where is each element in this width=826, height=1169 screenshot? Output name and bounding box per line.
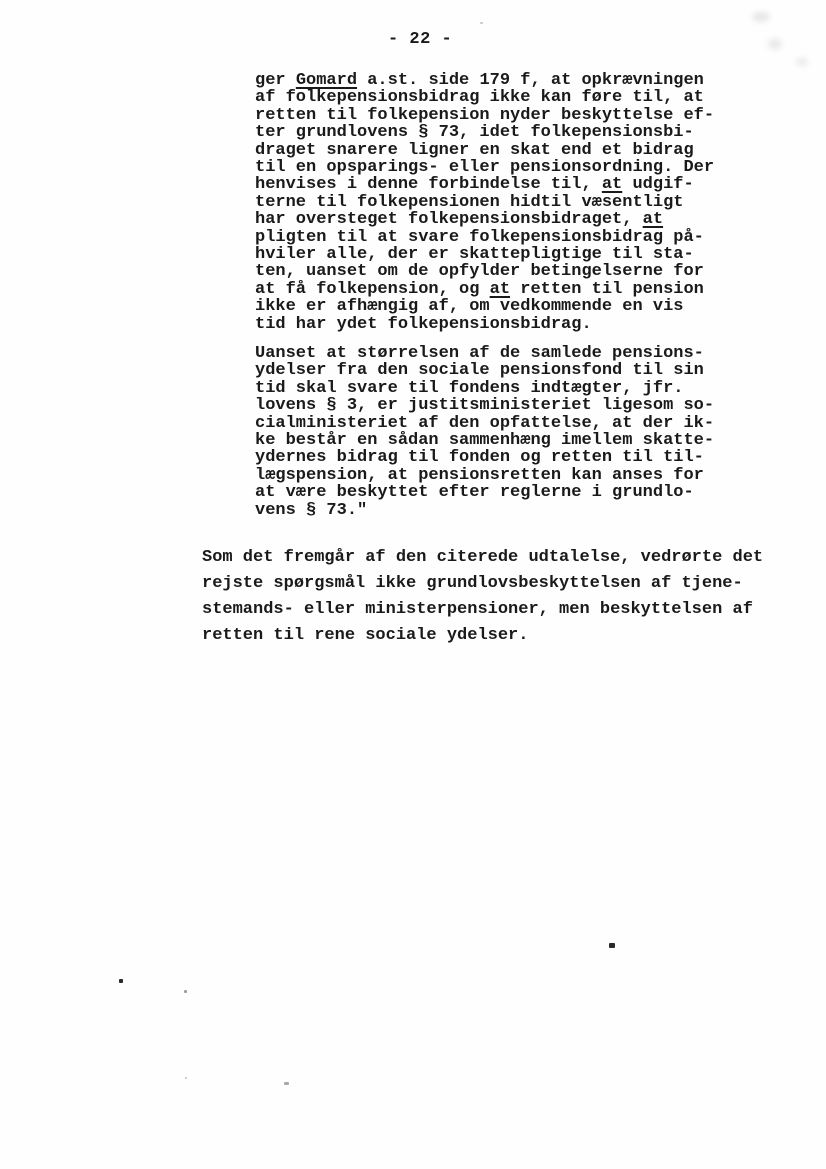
text-line: ikke er afhængig af, om vedkommende en v…	[255, 298, 714, 315]
quote-block-2: Uanset at størrelsen af de samlede pensi…	[255, 345, 714, 519]
scan-speck	[284, 1082, 289, 1085]
text-line: hviler alle, der er skattepligtige til s…	[255, 246, 714, 263]
text-line: cialministeriet af den opfattelse, at de…	[255, 415, 714, 432]
text-line: ke består en sådan sammenhæng imellem sk…	[255, 432, 714, 449]
document-page: - 22 - ger Gomard a.st. side 179 f, at o…	[0, 0, 826, 1169]
text-line: Som det fremgår af den citerede udtalels…	[202, 545, 763, 571]
text-line: tid skal svare til fondens indtægter, jf…	[255, 380, 714, 397]
scan-smudge	[768, 38, 782, 50]
text-line: lovens § 3, er justitsministeriet ligeso…	[255, 397, 714, 414]
text-line: retten til rene sociale ydelser.	[202, 623, 763, 649]
text-line: rejste spørgsmål ikke grundlovsbeskyttel…	[202, 571, 763, 597]
text-line: af folkepensionsbidrag ikke kan føre til…	[255, 89, 714, 106]
text-line: lægspension, at pensionsretten kan anses…	[255, 467, 714, 484]
scan-speck	[184, 990, 187, 993]
text-line: tid har ydet folkepensionsbidrag.	[255, 316, 714, 333]
text-line: henvises i denne forbindelse til, at udg…	[255, 176, 714, 193]
text-line: ten, uanset om de opfylder betingelserne…	[255, 263, 714, 280]
text-line: draget snarere ligner en skat end et bid…	[255, 142, 714, 159]
underlined-word: Gomard	[296, 71, 357, 90]
text-line: at få folkepension, og at retten til pen…	[255, 281, 714, 298]
scan-speck	[609, 943, 615, 948]
page-number: - 22 -	[388, 31, 452, 48]
text-line: at være beskyttet efter reglerne i grund…	[255, 484, 714, 501]
underlined-word: at	[602, 175, 622, 194]
text-line: Uanset at størrelsen af de samlede pensi…	[255, 345, 714, 362]
text-line: har oversteget folkepensionsbidraget, at	[255, 211, 714, 228]
text-line: terne til folkepensionen hidtil væsentli…	[255, 194, 714, 211]
scan-speck	[119, 979, 123, 983]
scan-speck	[185, 1077, 187, 1079]
text-line: pligten til at svare folkepensionsbidrag…	[255, 229, 714, 246]
text-line: stemands- eller ministerpensioner, men b…	[202, 597, 763, 623]
text-line: vens § 73."	[255, 502, 714, 519]
underlined-word: at	[643, 210, 663, 229]
text-line: ydernes bidrag til fonden og retten til …	[255, 449, 714, 466]
scan-smudge	[796, 58, 808, 66]
scan-smudge	[752, 12, 770, 22]
closing-paragraph: Som det fremgår af den citerede udtalels…	[202, 545, 763, 649]
text-line: ydelser fra den sociale pensionsfond til…	[255, 362, 714, 379]
text-line: til en opsparings- eller pensionsordning…	[255, 159, 714, 176]
text-line: ter grundlovens § 73, idet folkepensions…	[255, 124, 714, 141]
underlined-word: at	[490, 280, 510, 299]
scan-speck	[480, 22, 483, 24]
text-line: retten til folkepension nyder beskyttels…	[255, 107, 714, 124]
quote-block-1: ger Gomard a.st. side 179 f, at opkrævni…	[255, 72, 714, 333]
text-line: ger Gomard a.st. side 179 f, at opkrævni…	[255, 72, 714, 89]
